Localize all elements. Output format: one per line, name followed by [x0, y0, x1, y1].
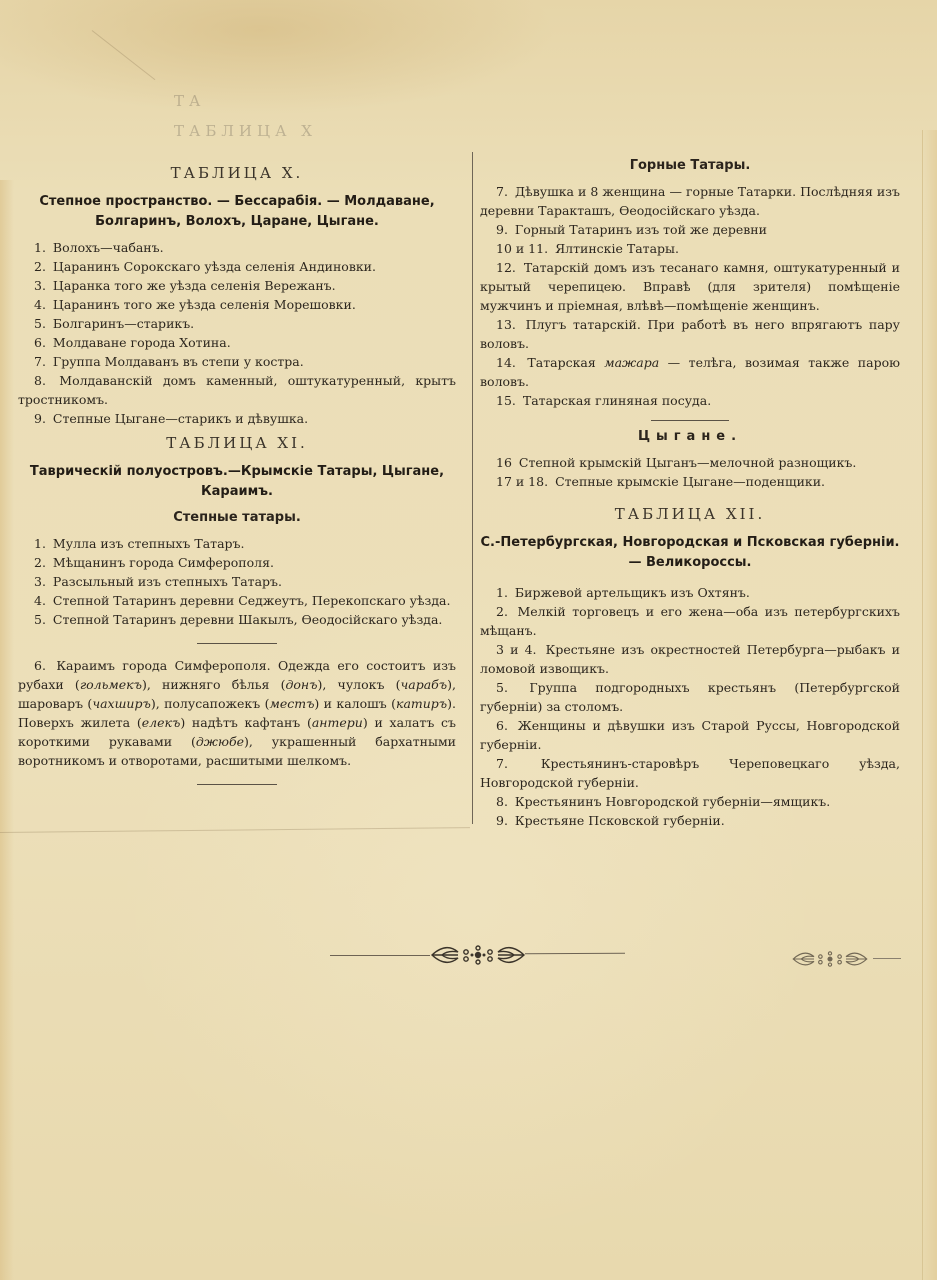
gypsies-subheading: Цыгане. — [480, 427, 900, 447]
section-rule — [197, 643, 277, 644]
list-item: 7. Дѣвушка и 8 женщина — горные Татарки.… — [480, 182, 900, 220]
list-item: 6. Женщины и дѣвушки изъ Старой Руссы, Н… — [480, 716, 900, 754]
list-item: 1. Биржевой артельщикъ изъ Охтянъ. — [480, 583, 900, 602]
ornament-rule — [330, 955, 430, 956]
list-item: 3. Царанка того же уѣзда селенія Вережан… — [18, 276, 456, 295]
list-item: 2. Царанинъ Сорокскаго уѣзда селенія Анд… — [18, 257, 456, 276]
list-item: 1. Волохъ—чабанъ. — [18, 238, 456, 257]
list-item: 5. Болгаринъ—старикъ. — [18, 314, 456, 333]
table-xi-list: 1. Мулла изъ степныхъ Татаръ. 2. Мѣщанин… — [18, 534, 456, 629]
list-item: 15. Татарская глиняная посуда. — [480, 391, 900, 410]
fleuron-ornament-icon — [428, 940, 528, 970]
right-column: Горные Татары. 7. Дѣвушка и 8 женщина — … — [480, 154, 900, 830]
list-item: 7. Группа Молдаванъ въ степи у костра. — [18, 352, 456, 371]
bleed-through-text: ТАБЛИЦА Х — [174, 122, 317, 140]
list-item: 10 и 11. Ялтинскіе Татары. — [480, 239, 900, 258]
fleuron-ornament-icon — [785, 947, 875, 971]
section-rule — [197, 784, 277, 785]
list-item: 4. Степной Татаринъ деревни Седжеутъ, Пе… — [18, 591, 456, 610]
paper-edge-left — [0, 180, 14, 1280]
list-item: 3 и 4. Крестьяне изъ окрестностей Петерб… — [480, 640, 900, 678]
list-item: 7. Крестьянинъ-старовѣръ Череповецкаго у… — [480, 754, 900, 792]
list-item: 1. Мулла изъ степныхъ Татаръ. — [18, 534, 456, 553]
list-item: 8. Молдаванскій домъ каменный, оштукатур… — [18, 371, 456, 409]
table-x-heading: Степное пространство. — Бессарабія. — Мо… — [18, 192, 456, 232]
list-item: 16 Степной крымскій Цыганъ—мелочной разн… — [480, 453, 900, 472]
mountain-tatars-subheading: Горные Татары. — [480, 156, 900, 176]
list-item: 13. Плугъ татарскій. При работѣ въ него … — [480, 315, 900, 353]
list-item: 2. Мелкій торговецъ и его жена—оба изъ п… — [480, 602, 900, 640]
gypsies-section: Цыгане. 16 Степной крымскій Цыганъ—мелоч… — [480, 427, 900, 491]
ornament-rule — [525, 953, 625, 955]
table-x-list: 1. Волохъ—чабанъ. 2. Царанинъ Сорокскаго… — [18, 238, 456, 428]
list-item: 6. Молдаване города Хотина. — [18, 333, 456, 352]
table-xii-heading: С.-Петербургская, Новгородская и Псковск… — [480, 533, 900, 573]
list-item: 5. Группа подгородныхъ крестьянъ (Петерб… — [480, 678, 900, 716]
list-item: 4. Царанинъ того же уѣзда селенія Морешо… — [18, 295, 456, 314]
list-item: 14. Татарская мажара — телѣга, возимая т… — [480, 353, 900, 391]
ornament-rule — [873, 958, 901, 959]
list-item: 9. Горный Татаринъ изъ той же деревни — [480, 220, 900, 239]
list-item: 8. Крестьянинъ Новгородской губерніи—ямщ… — [480, 792, 900, 811]
bleed-through-text: ТА — [174, 92, 205, 110]
list-item: 2. Мѣщанинъ города Симферополя. — [18, 553, 456, 572]
table-x-title: ТАБЛИЦА X. — [18, 164, 456, 182]
list-item: 3. Разсыльный изъ степныхъ Татаръ. — [18, 572, 456, 591]
table-xi-title: ТАБЛИЦА XI. — [18, 434, 456, 452]
table-xi-heading: Таврическій полуостровъ.—Крымскіе Татары… — [18, 462, 456, 502]
table-xii-title: ТАБЛИЦА XII. — [480, 505, 900, 523]
table-xi-section: ТАБЛИЦА XI. Таврическій полуостровъ.—Кры… — [18, 434, 456, 785]
list-item: 12. Татарскій домъ изъ тесанаго камня, о… — [480, 258, 900, 315]
paper-crease — [0, 827, 470, 833]
steppe-tatars-subheading: Степные татары. — [18, 508, 456, 528]
list-item: 17 и 18. Степные крымскіе Цыгане—поденщи… — [480, 472, 900, 491]
list-item: 5. Степной Татаринъ деревни Шакылъ, Ѳеод… — [18, 610, 456, 629]
column-divider — [472, 152, 473, 824]
paper-crease — [92, 30, 156, 80]
list-item: 9. Степные Цыгане—старикъ и дѣвушка. — [18, 409, 456, 428]
left-column: ТАБЛИЦА X. Степное пространство. — Бесса… — [18, 160, 456, 797]
paper-edge-right — [922, 130, 937, 1280]
section-rule — [651, 420, 729, 421]
table-xii-section: ТАБЛИЦА XII. С.-Петербургская, Новгородс… — [480, 505, 900, 830]
table-x-section: ТАБЛИЦА X. Степное пространство. — Бесса… — [18, 164, 456, 428]
list-item: 9. Крестьяне Псковской губерніи. — [480, 811, 900, 830]
mountain-tatars-section: Горные Татары. 7. Дѣвушка и 8 женщина — … — [480, 156, 900, 410]
karaim-description: 6. Караимъ города Симферополя. Одежда ег… — [18, 656, 456, 770]
